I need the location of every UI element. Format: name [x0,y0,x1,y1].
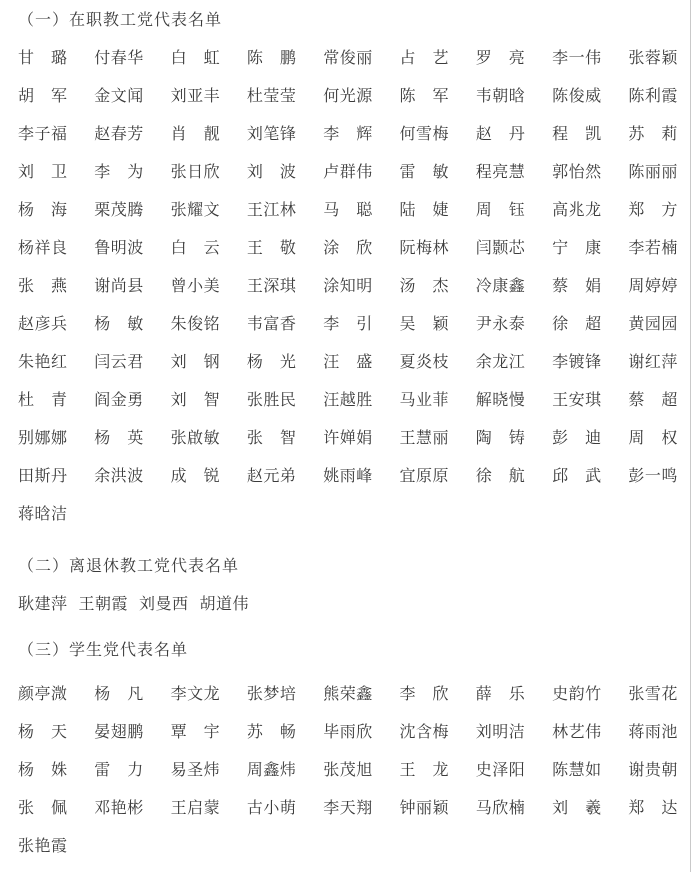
person-name: 胡道伟 [200,586,250,624]
section-heading: （二）离退休教工党代表名单 [18,548,678,586]
person-name: 林艺伟 [552,714,602,752]
person-name: 刘亚丰 [171,78,221,116]
name-row: 刘 卫李 为张日欣刘 波卢群伟雷 敏程亮慧郭怡然陈丽丽 [18,154,678,192]
person-name: 易圣炜 [171,752,221,790]
person-name: 李子福 [18,116,68,154]
person-name: 赵彦兵 [18,306,68,344]
person-name: 张胜民 [247,382,297,420]
person-name: 田斯丹 [18,458,68,496]
name-row: 甘 璐付春华白 虹陈 鹏常俊丽占 艺罗 亮李一伟张蓉颖 [18,40,678,78]
person-name: 阎金勇 [94,382,144,420]
person-name: 晏翅鹏 [94,714,144,752]
person-name: 杜莹莹 [247,78,297,116]
person-name: 徐 航 [476,458,526,496]
person-name: 张 佩 [18,790,68,828]
person-name: 卢群伟 [323,154,373,192]
person-name: 赵元弟 [247,458,297,496]
person-name: 熊荣鑫 [323,676,373,714]
person-name: 邓艳彬 [94,790,144,828]
person-name: 覃 宇 [171,714,221,752]
person-name: 郑 达 [628,790,678,828]
person-name: 刘明洁 [476,714,526,752]
person-name: 别娜娜 [18,420,68,458]
person-name: 周 钰 [476,192,526,230]
person-name: 雷 敏 [399,154,449,192]
person-name: 李文龙 [171,676,221,714]
person-name: 杨 光 [247,344,297,382]
name-row: 杨 海栗茂腾张耀文王江林马 聪陆 婕周 钰高兆龙郑 方 [18,192,678,230]
name-row: 杨祥良鲁明波白 云王 敬涂 欣阮梅林闫颢芯宁 康李若楠 [18,230,678,268]
person-name: 蔡 娟 [552,268,602,306]
person-name: 史泽阳 [476,752,526,790]
person-name: 王江林 [247,192,297,230]
person-name: 解晓慢 [476,382,526,420]
person-name: 古小萌 [247,790,297,828]
person-name: 郑 方 [628,192,678,230]
person-name: 陶 铸 [476,420,526,458]
person-name: 张耀文 [171,192,221,230]
person-name: 王朝霞 [79,586,129,624]
person-name: 汤 杰 [399,268,449,306]
section-heading: （一）在职教工党代表名单 [18,2,678,40]
person-name: 周鑫炜 [247,752,297,790]
person-name: 罗 亮 [476,40,526,78]
person-name: 朱艳红 [18,344,68,382]
person-name: 刘 钢 [171,344,221,382]
person-name: 钟丽颖 [399,790,449,828]
person-name: 蔡 超 [628,382,678,420]
person-name: 王慧丽 [399,420,449,458]
person-name: 韦朝晗 [476,78,526,116]
person-name: 杨 凡 [94,676,144,714]
person-name: 谢红萍 [628,344,678,382]
person-name: 耿建萍 [18,586,68,624]
section-rows: 甘 璐付春华白 虹陈 鹏常俊丽占 艺罗 亮李一伟张蓉颖胡 军金文闻刘亚丰杜莹莹何… [18,40,678,534]
person-name: 邱 武 [552,458,602,496]
person-name: 朱俊铭 [171,306,221,344]
person-name: 李 欣 [399,676,449,714]
person-name: 蒋雨池 [628,714,678,752]
person-name: 高兆龙 [552,192,602,230]
person-name: 程亮慧 [476,154,526,192]
person-name: 张艳霞 [18,828,68,866]
person-name: 陈 鹏 [247,40,297,78]
person-name: 宜原原 [399,458,449,496]
name-row: 张 燕谢尚县曾小美王深琪涂知明汤 杰冷康鑫蔡 娟周婷婷 [18,268,678,306]
person-name: 冷康鑫 [476,268,526,306]
person-name: 刘 卫 [18,154,68,192]
person-name: 成 锐 [171,458,221,496]
person-name: 杨 天 [18,714,68,752]
name-row: 颜亭溦杨 凡李文龙张梦培熊荣鑫李 欣薛 乐史韵竹张雪花 [18,676,678,714]
person-name: 谢贵朝 [628,752,678,790]
person-name: 李一伟 [552,40,602,78]
person-name: 杜 青 [18,382,68,420]
name-row: 张艳霞 [18,828,678,866]
section: （一）在职教工党代表名单甘 璐付春华白 虹陈 鹏常俊丽占 艺罗 亮李一伟张蓉颖胡… [18,2,678,534]
name-list-document: （一）在职教工党代表名单甘 璐付春华白 虹陈 鹏常俊丽占 艺罗 亮李一伟张蓉颖胡… [18,2,678,866]
person-name: 蒋晗洁 [18,496,68,534]
person-name: 甘 璐 [18,40,68,78]
section-rows: 颜亭溦杨 凡李文龙张梦培熊荣鑫李 欣薛 乐史韵竹张雪花杨 天晏翅鹏覃 宇苏 畅毕… [18,676,678,866]
person-name: 曾小美 [171,268,221,306]
person-name: 王安琪 [552,382,602,420]
person-name: 张日欣 [171,154,221,192]
person-name: 赵 丹 [476,116,526,154]
name-row: 杨 天晏翅鹏覃 宇苏 畅毕雨欣沈含梅刘明洁林艺伟蒋雨池 [18,714,678,752]
person-name: 阮梅林 [399,230,449,268]
person-name: 金文闻 [94,78,144,116]
person-name: 周婷婷 [628,268,678,306]
person-name: 占 艺 [399,40,449,78]
person-name: 彭 迪 [552,420,602,458]
person-name: 刘 波 [247,154,297,192]
person-name: 张 智 [247,420,297,458]
person-name: 王 龙 [399,752,449,790]
person-name: 汪越胜 [323,382,373,420]
person-name: 涂知明 [323,268,373,306]
person-name: 姚雨峰 [323,458,373,496]
person-name: 马 聪 [323,192,373,230]
section-rows: 耿建萍王朝霞刘曼西胡道伟 [18,586,678,624]
person-name: 陈 军 [399,78,449,116]
person-name: 余龙江 [476,344,526,382]
person-name: 常俊丽 [323,40,373,78]
name-row: 杜 青阎金勇刘 智张胜民汪越胜马业菲解晓慢王安琪蔡 超 [18,382,678,420]
person-name: 张 燕 [18,268,68,306]
person-name: 宁 康 [552,230,602,268]
person-name: 栗茂腾 [94,192,144,230]
person-name: 尹永泰 [476,306,526,344]
person-name: 李 引 [323,306,373,344]
person-name: 余洪波 [94,458,144,496]
name-row: 耿建萍王朝霞刘曼西胡道伟 [18,586,678,624]
name-row: 李子福赵春芳肖 靓刘笔锋李 辉何雪梅赵 丹程 凯苏 莉 [18,116,678,154]
person-name: 李 辉 [323,116,373,154]
person-name: 陈丽丽 [628,154,678,192]
section-heading: （三）学生党代表名单 [18,632,678,670]
page-edge-divider [690,0,691,872]
person-name: 程 凯 [552,116,602,154]
name-row: 田斯丹余洪波成 锐赵元弟姚雨峰宜原原徐 航邱 武彭一鸣 [18,458,678,496]
person-name: 马业菲 [399,382,449,420]
person-name: 何光源 [323,78,373,116]
person-name: 彭一鸣 [628,458,678,496]
person-name: 刘曼西 [139,586,189,624]
person-name: 王 敬 [247,230,297,268]
person-name: 李镀锋 [552,344,602,382]
person-name: 张梦培 [247,676,297,714]
person-name: 杨 英 [94,420,144,458]
person-name: 白 虹 [171,40,221,78]
person-name: 汪 盛 [323,344,373,382]
person-name: 胡 军 [18,78,68,116]
person-name: 付春华 [94,40,144,78]
person-name: 张雪花 [628,676,678,714]
person-name: 史韵竹 [552,676,602,714]
person-name: 吴 颖 [399,306,449,344]
person-name: 张啟敏 [171,420,221,458]
name-row: 张 佩邓艳彬王启蒙古小萌李天翔钟丽颖马欣楠刘 羲郑 达 [18,790,678,828]
person-name: 杨 海 [18,192,68,230]
person-name: 杨 敏 [94,306,144,344]
person-name: 闫云君 [94,344,144,382]
person-name: 王深琪 [247,268,297,306]
name-row: 蒋晗洁 [18,496,678,534]
person-name: 苏 畅 [247,714,297,752]
person-name: 许婵娟 [323,420,373,458]
section: （三）学生党代表名单颜亭溦杨 凡李文龙张梦培熊荣鑫李 欣薛 乐史韵竹张雪花杨 天… [18,632,678,866]
person-name: 苏 莉 [628,116,678,154]
person-name: 何雪梅 [399,116,449,154]
document-page: （一）在职教工党代表名单甘 璐付春华白 虹陈 鹏常俊丽占 艺罗 亮李一伟张蓉颖胡… [0,0,694,872]
section: （二）离退休教工党代表名单耿建萍王朝霞刘曼西胡道伟 [18,548,678,624]
person-name: 肖 靓 [171,116,221,154]
person-name: 李天翔 [323,790,373,828]
person-name: 鲁明波 [94,230,144,268]
person-name: 赵春芳 [94,116,144,154]
name-row: 别娜娜杨 英张啟敏张 智许婵娟王慧丽陶 铸彭 迪周 权 [18,420,678,458]
person-name: 张蓉颖 [628,40,678,78]
person-name: 刘 智 [171,382,221,420]
person-name: 张茂旭 [323,752,373,790]
person-name: 杨祥良 [18,230,68,268]
person-name: 周 权 [628,420,678,458]
person-name: 杨 姝 [18,752,68,790]
person-name: 徐 超 [552,306,602,344]
person-name: 郭怡然 [552,154,602,192]
person-name: 刘笔锋 [247,116,297,154]
person-name: 马欣楠 [476,790,526,828]
person-name: 涂 欣 [323,230,373,268]
person-name: 陈利霞 [628,78,678,116]
person-name: 黄园园 [628,306,678,344]
person-name: 夏炎枝 [399,344,449,382]
person-name: 李 为 [94,154,144,192]
name-row: 杨 姝雷 力易圣炜周鑫炜张茂旭王 龙史泽阳陈慧如谢贵朝 [18,752,678,790]
person-name: 闫颢芯 [476,230,526,268]
person-name: 雷 力 [94,752,144,790]
person-name: 颜亭溦 [18,676,68,714]
name-row: 朱艳红闫云君刘 钢杨 光汪 盛夏炎枝余龙江李镀锋谢红萍 [18,344,678,382]
name-row: 赵彦兵杨 敏朱俊铭韦富香李 引吴 颖尹永泰徐 超黄园园 [18,306,678,344]
person-name: 韦富香 [247,306,297,344]
person-name: 陆 婕 [399,192,449,230]
person-name: 谢尚县 [94,268,144,306]
person-name: 沈含梅 [399,714,449,752]
person-name: 李若楠 [628,230,678,268]
person-name: 毕雨欣 [323,714,373,752]
person-name: 陈俊威 [552,78,602,116]
person-name: 薛 乐 [476,676,526,714]
person-name: 陈慧如 [552,752,602,790]
name-row: 胡 军金文闻刘亚丰杜莹莹何光源陈 军韦朝晗陈俊威陈利霞 [18,78,678,116]
person-name: 刘 羲 [552,790,602,828]
person-name: 王启蒙 [171,790,221,828]
person-name: 白 云 [171,230,221,268]
